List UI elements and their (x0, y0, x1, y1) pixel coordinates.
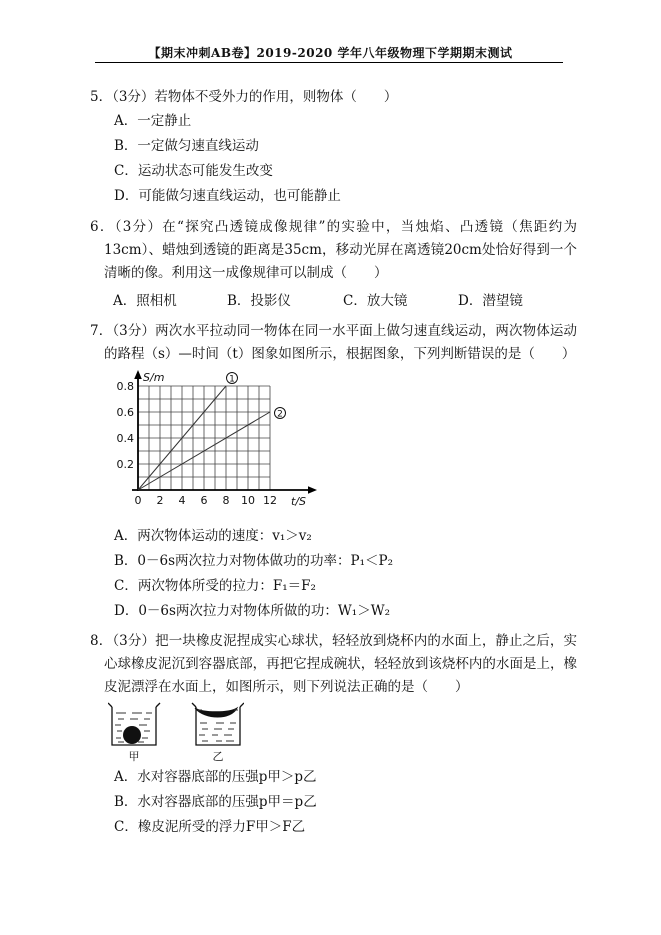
question-7-stem: 7．（3分）两次水平拉动同一物体在同一水平面上做匀速直线运动，两次物体运动的路程… (90, 320, 577, 366)
svg-text:0.4: 0.4 (117, 432, 135, 445)
sunken-clay-ball (123, 726, 141, 744)
question-5-option-b: B．一定做匀速直线运动 (90, 134, 577, 159)
svg-text:0.2: 0.2 (117, 458, 135, 471)
st-graph: 0246810120.20.40.60.8S/mt/S12 (110, 370, 322, 516)
question-8-option-a: A．水对容器底部的压强p甲＞p乙 (90, 765, 577, 790)
svg-text:6: 6 (201, 494, 208, 507)
svg-text:0: 0 (135, 494, 142, 507)
question-5: 5．（3分）若物体不受外力的作用，则物体（ ） A．一定静止 B．一定做匀速直线… (90, 86, 577, 209)
svg-text:t/S: t/S (291, 495, 306, 508)
question-6-stem: 6．（3分）在“探究凸透镜成像规律”的实验中，当烛焰、凸透镜（焦距约为13cm）… (90, 216, 577, 285)
question-5-option-c: C．运动状态可能发生改变 (90, 159, 577, 184)
question-6: 6．（3分）在“探究凸透镜成像规律”的实验中，当烛焰、凸透镜（焦距约为13cm）… (90, 216, 577, 314)
beakers-svg: 甲 乙 (108, 701, 244, 765)
svg-text:10: 10 (241, 494, 255, 507)
question-8-option-c: C．橡皮泥所受的浮力F甲＞F乙 (90, 815, 577, 840)
question-6-option-a: A．照相机 (113, 289, 177, 314)
question-6-option-c: C．放大镜 (343, 289, 407, 314)
svg-text:S/m: S/m (143, 371, 164, 384)
page-title: 【期末冲刺AB卷】2019-2020 学年八年级物理下学期期末测试 (0, 44, 661, 61)
floating-clay-bowl (195, 708, 237, 717)
question-8-option-b: B．水对容器底部的压强p甲＝p乙 (90, 790, 577, 815)
svg-text:2: 2 (277, 410, 283, 420)
question-5-option-d: D．可能做匀速直线运动，也可能静止 (90, 184, 577, 209)
exam-page: 【期末冲刺AB卷】2019-2020 学年八年级物理下学期期末测试 5．（3分）… (0, 0, 661, 935)
question-6-options: A．照相机 B．投影仪 C．放大镜 D．潜望镜 (90, 289, 577, 314)
question-5-option-a: A．一定静止 (90, 109, 577, 134)
header-divider (95, 62, 563, 63)
question-7-option-c: C．两次物体所受的拉力：F₁＝F₂ (90, 574, 577, 599)
question-8-stem: 8．（3分）把一块橡皮泥捏成实心球状，轻轻放到烧杯内的水面上，静止之后，实心球橡… (90, 630, 577, 699)
svg-text:2: 2 (157, 494, 164, 507)
beaker-figure: 甲 乙 (108, 701, 244, 765)
svg-text:0.8: 0.8 (117, 380, 135, 393)
svg-text:8: 8 (223, 494, 230, 507)
question-7-option-d: D．0－6s两次拉力对物体所做的功：W₁＞W₂ (90, 599, 577, 624)
question-7-option-a: A．两次物体运动的速度：v₁＞v₂ (90, 524, 577, 549)
svg-text:0.6: 0.6 (117, 406, 135, 419)
distance-time-graph-figure: 0246810120.20.40.60.8S/mt/S12 (110, 370, 322, 516)
beaker-yi-label: 乙 (213, 750, 224, 763)
question-8: 8．（3分）把一块橡皮泥捏成实心球状，轻轻放到烧杯内的水面上，静止之后，实心球橡… (90, 630, 577, 840)
svg-text:12: 12 (263, 494, 277, 507)
question-7-option-b: B．0－6s两次拉力对物体做功的功率：P₁＜P₂ (90, 549, 577, 574)
beaker-jia-label: 甲 (129, 750, 140, 763)
svg-text:1: 1 (229, 375, 235, 385)
svg-text:4: 4 (179, 494, 186, 507)
question-7: 7．（3分）两次水平拉动同一物体在同一水平面上做匀速直线运动，两次物体运动的路程… (90, 320, 577, 624)
question-6-option-b: B．投影仪 (227, 289, 291, 314)
question-6-option-d: D．潜望镜 (458, 289, 523, 314)
question-5-stem: 5．（3分）若物体不受外力的作用，则物体（ ） (90, 86, 577, 109)
